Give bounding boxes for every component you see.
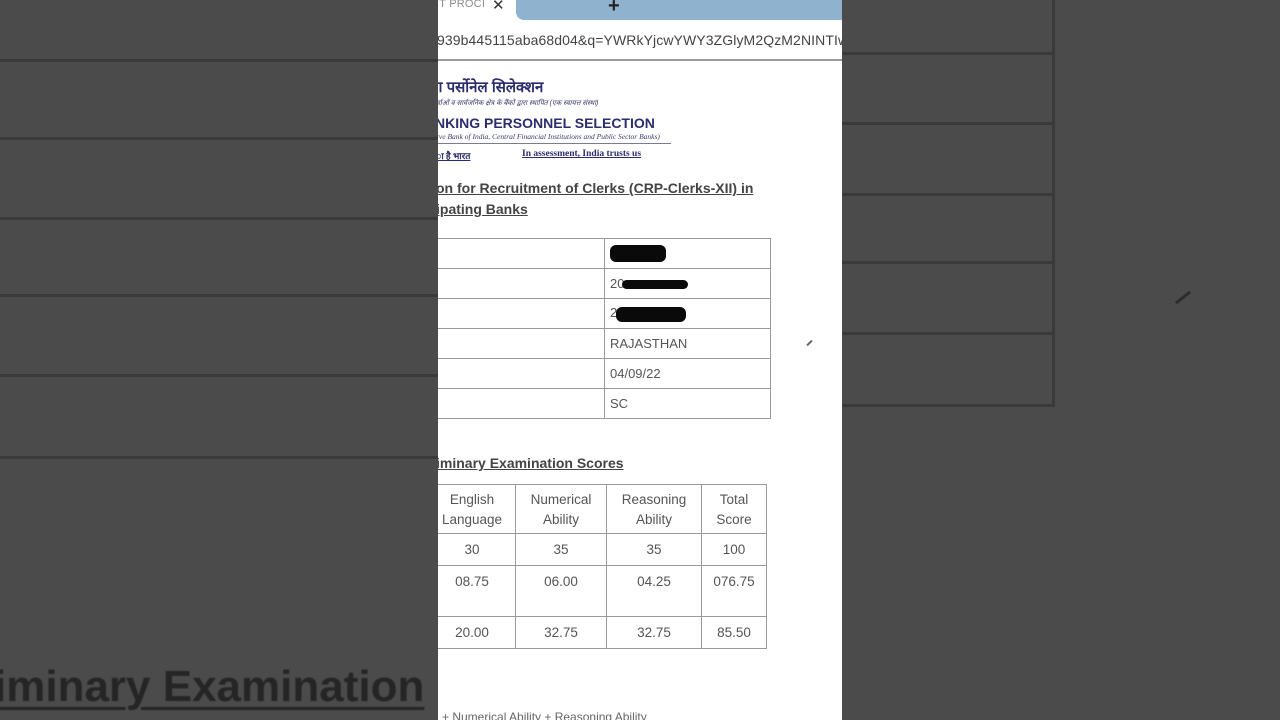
score-cell: 20.00 [438,617,516,649]
tab-title: IT PROCI [438,0,485,10]
background-right-blur [842,0,1280,720]
detail-label [438,299,605,329]
url-text[interactable]: 939b445115aba68d04&q=YWRkYjcwYWY3ZGlyM2Q… [438,32,842,48]
score-cell: 30 [438,534,516,566]
header-divider [438,143,671,144]
tab-strip-background: + [516,0,842,20]
redaction-mark [616,307,686,322]
org-subtitle-english: rve Bank of India, Central Financial Ins… [438,132,660,141]
detail-label [438,239,605,269]
detail-label [438,269,605,299]
bg-table-line [842,193,1054,196]
score-cell: 35 [516,534,607,566]
bg-table-line [0,137,438,140]
detail-value: 04/09/22 [605,359,771,389]
browser-window: IT PROCI ✕ + 939b445115aba68d04&q=YWRkYj… [438,0,842,720]
close-icon[interactable]: ✕ [492,0,505,14]
score-cell: 85.50 [702,617,767,649]
score-cell: 06.00 [516,566,607,617]
notice-title-line2: ipating Banks [438,201,528,217]
detail-label [438,329,605,359]
detail-value: 2 [605,299,771,329]
pen-cursor-icon [806,340,812,346]
column-header: NumericalAbility [516,485,607,534]
table-row-cutoff: 08.75 06.00 04.25 076.75 [438,566,767,617]
org-name-hindi: ग पर्सोनेल सिलेक्शन [438,77,543,97]
table-row: 2 [438,299,771,329]
org-subtitle-hindi: र्वाओं व सार्वजनिक क्षेत्र के बैंकों द्व… [438,99,598,108]
detail-label [438,359,605,389]
detail-value: RAJASTHAN [605,329,771,359]
bg-table-line [0,217,438,220]
tagline-english: In assessment, India trusts us [522,149,641,159]
pen-cursor-echo-icon [1175,291,1191,304]
table-row-marks-obtained: 20.00 32.75 32.75 85.50 [438,617,767,649]
table-row [438,239,771,269]
bg-table-line [842,404,1054,407]
score-cell: 32.75 [516,617,607,649]
tagline-hindi: ा है भारत [438,149,470,162]
table-row: 20 [438,269,771,299]
bg-table-line [0,59,438,62]
bg-table-line [842,332,1054,335]
score-cell: 32.75 [607,617,702,649]
detail-value [605,239,771,269]
bg-table-line [842,261,1054,264]
tab-strip: IT PROCI ✕ + [438,0,842,20]
column-header: TotalScore [702,485,767,534]
redaction-mark [610,245,666,262]
scores-table: EnglishLanguage NumericalAbility Reasoni… [438,484,767,649]
bg-table-line [842,52,1054,55]
plus-icon[interactable]: + [608,0,620,18]
score-cell: 076.75 [702,566,767,617]
detail-value: 20 [605,269,771,299]
detail-label [438,389,605,419]
candidate-details-table: 20 2 RAJASTHAN 04/09/22 SC [438,238,771,419]
address-bar[interactable]: 939b445115aba68d04&q=YWRkYjcwYWY3ZGlyM2Q… [438,28,842,56]
score-cell: 35 [607,534,702,566]
score-cell: 100 [702,534,767,566]
browser-tab[interactable]: IT PROCI ✕ [438,0,516,20]
bg-table-line [0,456,438,459]
detail-value: SC [605,389,771,419]
bg-table-line [1052,0,1055,407]
table-row: SC [438,389,771,419]
column-header: ReasoningAbility [607,485,702,534]
scores-heading: iminary Examination Scores [438,455,624,471]
org-name-english: NKING PERSONNEL SELECTION [438,115,655,131]
score-cell: 08.75 [438,566,516,617]
bg-table-line [0,374,438,377]
table-header-row: EnglishLanguage NumericalAbility Reasoni… [438,485,767,534]
score-cell: 04.25 [607,566,702,617]
page-content: ग पर्सोनेल सिलेक्शन र्वाओं व सार्वजनिक क… [438,61,842,720]
bg-heading-echo: iminary Examination [0,662,424,712]
notice-title: on for Recruitment of Clerks (CRP-Clerks… [438,178,796,220]
column-header: EnglishLanguage [438,485,516,534]
table-row: RAJASTHAN [438,329,771,359]
table-row: 04/09/22 [438,359,771,389]
table-row-max-marks: 30 35 35 100 [438,534,767,566]
bg-table-line [0,294,438,297]
background-left-blur: iminary Examination [0,0,438,720]
redaction-mark [622,280,688,289]
bg-table-line [842,122,1054,125]
notice-title-line1: on for Recruitment of Clerks (CRP-Clerks… [438,180,753,196]
footnote-text: + Numerical Ability + Reasoning Ability [442,710,647,720]
